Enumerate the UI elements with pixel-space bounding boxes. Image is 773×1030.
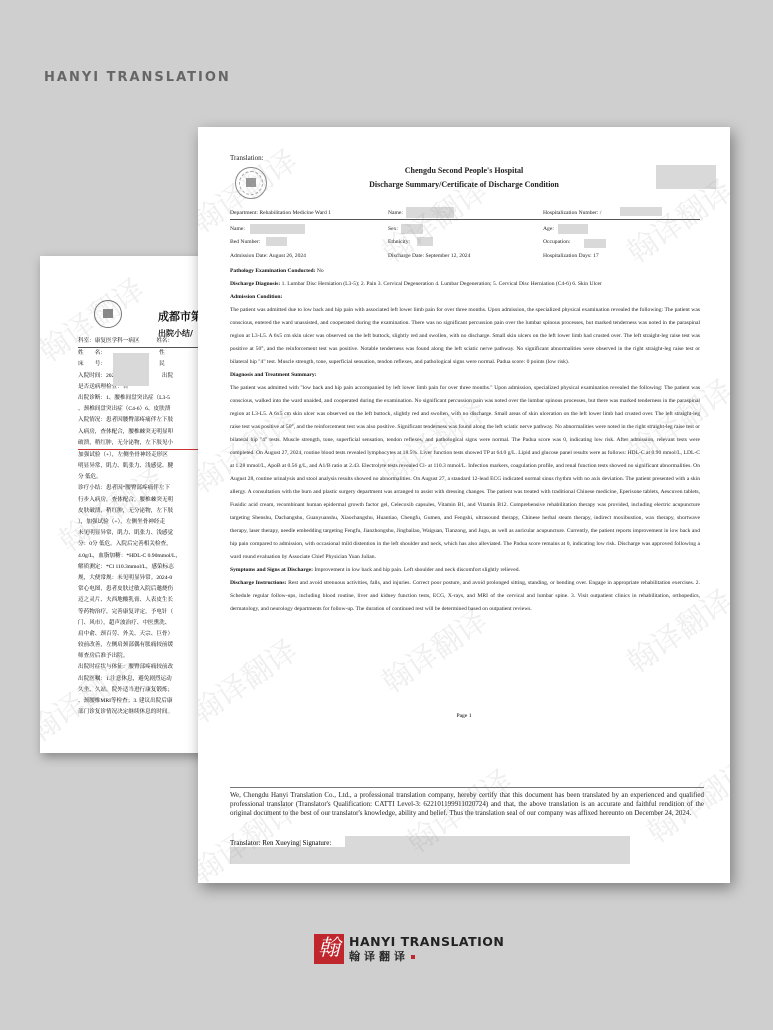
hospital-seal-icon [94,300,122,328]
certification-statement: We, Chengdu Hanyi Translation Co., Ltd.,… [230,791,704,818]
instructions-line: Discharge Instructions: Rest and avoid s… [230,577,700,616]
translator-signature-line: Translator: Ren Xueying| Signature: [230,839,331,847]
patient-info-field: Discharge Date: September 12, 2024 [388,253,470,259]
name-header-field: Name: [388,210,403,216]
symptoms-line: Symptoms and Signs at Discharge: Improve… [230,564,700,577]
department-field: Department: Rehabilitation Medicine Ward… [230,210,331,216]
hospital-name: Chengdu Second People's Hospital [198,166,730,175]
page-number: Page 1 [198,713,730,719]
document-body: Pathology Examination Conducted: No Disc… [230,265,700,616]
logo-mark-icon: 翰 [314,934,344,964]
patient-info-field: Ethnicity: [388,239,410,245]
patient-info-field: Hospitalization Days: 17 [543,253,599,259]
logo-dot-icon [411,955,415,959]
brand-header: HANYI TRANSLATION [44,70,231,85]
admission-heading: Admission Condition: [230,294,282,300]
redaction-block [113,353,149,386]
hospitalization-number-field: Hospitalization Number: / [543,210,601,216]
original-hospital-title: 成都市第 [158,308,202,324]
translation-document-page: Translation: Chengdu Second People's Hos… [198,127,730,883]
company-logo: 翰 HANYI TRANSLATION 翰译翻译 [314,934,504,964]
logo-english-text: HANYI TRANSLATION [349,934,504,949]
treatment-heading: Diagnosis and Treatment Summary: [230,372,317,378]
patient-info-field: Name: [230,226,245,232]
patient-info-field: Occupation: [543,239,570,245]
patient-info-field: Sex: [388,226,398,232]
patient-info-field: Bed Number: [230,239,260,245]
diagnosis-line: Discharge Diagnosis: 1. Lumbar Disc Hern… [230,278,700,291]
admission-text: The patient was admitted due to low back… [230,304,700,369]
redaction-block [656,165,716,189]
treatment-text: The patient was admitted with "low back … [230,382,700,564]
patient-info-field: Admission Date: August 26, 2024 [230,253,306,259]
pathology-line: Pathology Examination Conducted: No [230,265,700,278]
document-title: Discharge Summary/Certificate of Dischar… [198,180,730,189]
translation-label: Translation: [230,154,264,162]
logo-chinese-text: 翰译翻译 [349,950,409,963]
patient-info-field: Age: [543,226,554,232]
